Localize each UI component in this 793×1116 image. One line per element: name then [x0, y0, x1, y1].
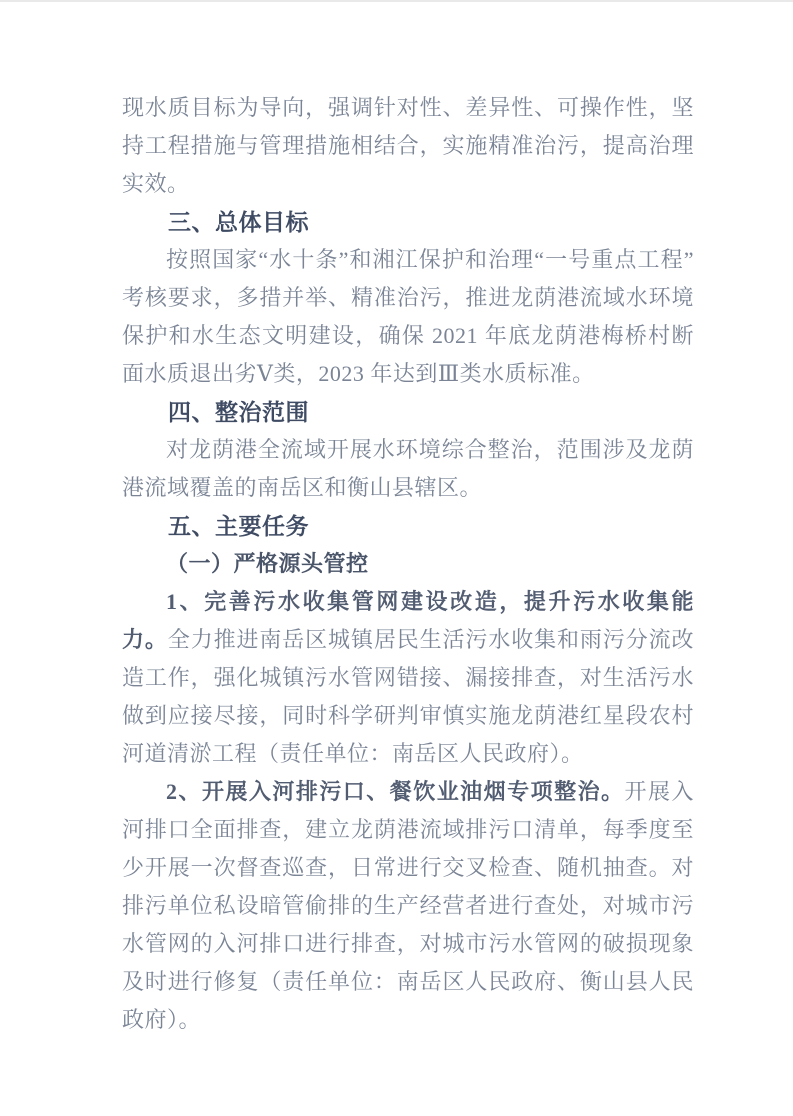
section-heading-overall-goal: 三、总体目标 [122, 203, 694, 241]
paragraph-treatment-scope: 对龙荫港全流域开展水环境综合整治，范围涉及龙荫港流域覆盖的南岳区和衡山县辖区。 [122, 431, 694, 507]
paragraph-continuation: 现水质目标为导向，强调针对性、差异性、可操作性，坚持工程措施与管理措施相结合，实… [122, 89, 694, 203]
scan-edge-artifact [0, 0, 793, 2]
subsection-heading-source-control: （一）严格源头管控 [122, 545, 694, 583]
task-1-body-text: 全力推进南岳区城镇居民生活污水收集和雨污分流改造工作，强化城镇污水管网错接、漏接… [122, 627, 694, 766]
section-heading-treatment-scope: 四、整治范围 [122, 393, 694, 431]
document-page: 现水质目标为导向，强调针对性、差异性、可操作性，坚持工程措施与管理措施相结合，实… [0, 0, 793, 1116]
document-body: 现水质目标为导向，强调针对性、差异性、可操作性，坚持工程措施与管理措施相结合，实… [122, 89, 694, 1039]
paragraph-overall-goal: 按照国家“水十条”和湘江保护和治理“一号重点工程”考核要求，多措并举、精准治污，… [122, 241, 694, 393]
task-2-body-text: 开展入河排口全面排查，建立龙荫港流域排污口清单，每季度至少开展一次督查巡查，日常… [122, 779, 694, 1032]
paragraph-task-2: 2、开展入河排污口、餐饮业油烟专项整治。开展入河排口全面排查，建立龙荫港流域排污… [122, 773, 694, 1039]
paragraph-task-1: 1、完善污水收集管网建设改造，提升污水收集能力。全力推进南岳区城镇居民生活污水收… [122, 583, 694, 773]
task-2-lead-sentence: 2、开展入河排污口、餐饮业油烟专项整治。 [166, 779, 625, 804]
section-heading-main-tasks: 五、主要任务 [122, 507, 694, 545]
